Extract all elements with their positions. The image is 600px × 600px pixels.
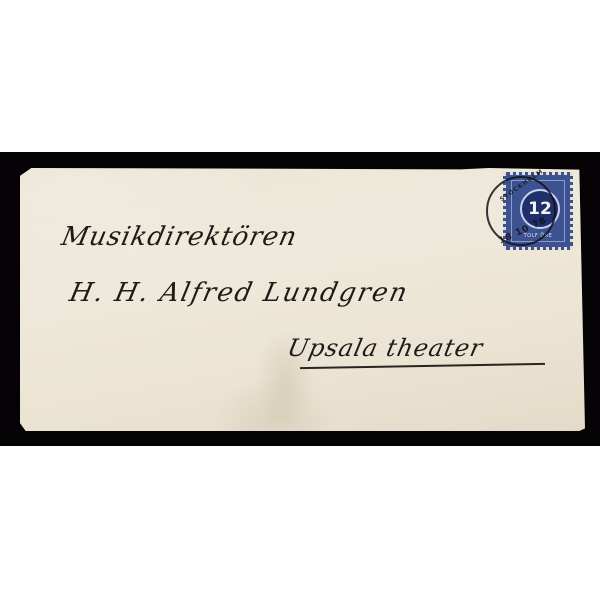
address-line-location: Upsala theater bbox=[285, 334, 486, 362]
address-line-name: H. H. Alfred Lundgren bbox=[67, 278, 412, 308]
address-line-title: Musikdirektören bbox=[59, 222, 300, 252]
